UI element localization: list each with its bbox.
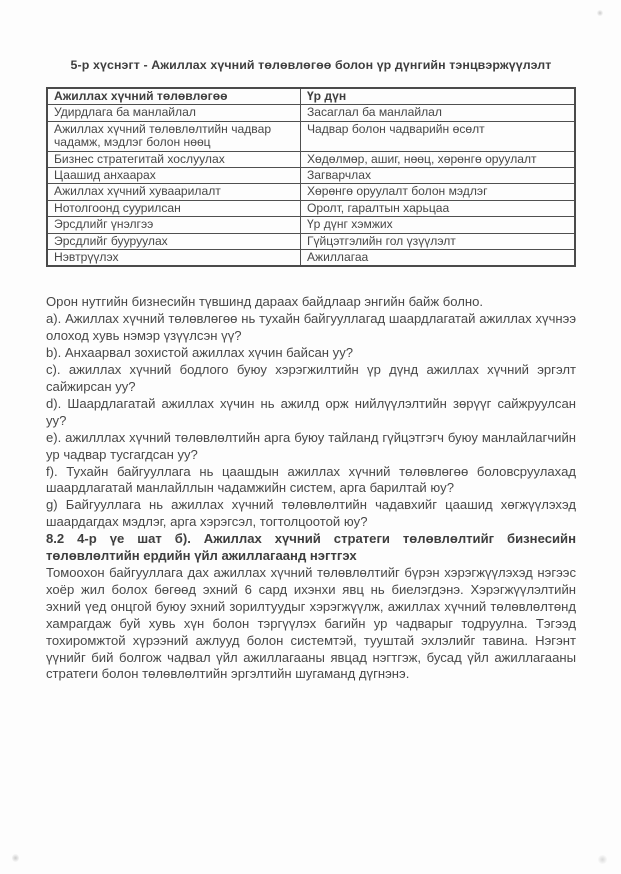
table-cell-plan: Ажиллах хүчний төлөвлөлтийн чадвар чадам… [47, 121, 300, 151]
table-row: Цаашид анхаарах Загварчлах [47, 168, 575, 184]
table-cell-result: Үр дүнг хэмжих [300, 217, 575, 233]
question-item: a). Ажиллах хүчний төлөвлөгөө нь тухайн … [46, 311, 576, 345]
section-heading: 8.2 4-р үе шат б). Ажиллах хүчний страте… [46, 531, 576, 565]
table-cell-result: Загварчлах [300, 168, 575, 184]
workforce-results-table: Ажиллах хүчний төлөвлөгөө Үр дүн Удирдла… [46, 87, 576, 267]
document-title: 5-р хүснэгт - Ажиллах хүчний төлөвлөгөө … [46, 58, 576, 73]
table-cell-result: Хөрөнгө оруулалт болон мэдлэг [300, 184, 575, 200]
table-row: Эрсдлийг бууруулах Гүйцэтгэлийн гол үзүү… [47, 233, 575, 249]
table-cell-plan: Эрсдлийг үнэлгээ [47, 217, 300, 233]
table-cell-result: Ажиллагаа [300, 250, 575, 267]
intro-line: Орон нутгийн бизнесийн түвшинд дараах ба… [46, 294, 576, 311]
table-cell-plan: Ажиллах хүчний хуваарилалт [47, 184, 300, 200]
table-cell-plan: Удирдлага ба манлайлал [47, 105, 300, 121]
table-row: Нотолгоонд суурилсан Оролт, гаралтын хар… [47, 200, 575, 216]
table-header-row: Ажиллах хүчний төлөвлөгөө Үр дүн [47, 88, 575, 105]
question-item: e). ажилллах хүчний төлөвлөлтийн арга бу… [46, 430, 576, 464]
question-item: f). Тухайн байгууллага нь цаашдын ажилла… [46, 464, 576, 498]
section-paragraph: Томоохон байгууллага дах ажиллах хүчний … [46, 565, 576, 683]
table-body: Удирдлага ба манлайлал Засаглал ба манла… [47, 105, 575, 267]
table-cell-plan: Эрсдлийг бууруулах [47, 233, 300, 249]
table-cell-plan: Нотолгоонд суурилсан [47, 200, 300, 216]
document-content: 5-р хүснэгт - Ажиллах хүчний төлөвлөгөө … [46, 58, 576, 683]
scan-artifact [598, 855, 607, 864]
table-cell-result: Хөдөлмөр, ашиг, нөөц, хөрөнгө оруулалт [300, 151, 575, 167]
body-text: Орон нутгийн бизнесийн түвшинд дараах ба… [46, 294, 576, 683]
table-row: Удирдлага ба манлайлал Засаглал ба манла… [47, 105, 575, 121]
table-row: Ажиллах хүчний төлөвлөлтийн чадвар чадам… [47, 121, 575, 151]
table-cell-plan: Бизнес стратегитай хослуулах [47, 151, 300, 167]
question-list: a). Ажиллах хүчний төлөвлөгөө нь тухайн … [46, 311, 576, 531]
table-row: Ажиллах хүчний хуваарилалт Хөрөнгө оруул… [47, 184, 575, 200]
table-cell-result: Оролт, гаралтын харьцаа [300, 200, 575, 216]
table-cell-result: Чадвар болон чадварийн өсөлт [300, 121, 575, 151]
scan-artifact [12, 854, 19, 862]
question-item: g) Байгууллага нь ажиллах хүчний төлөвлө… [46, 497, 576, 531]
document-page: 5-р хүснэгт - Ажиллах хүчний төлөвлөгөө … [0, 0, 621, 874]
table-header-cell-plan: Ажиллах хүчний төлөвлөгөө [47, 88, 300, 105]
question-item: b). Анхаарвал зохистой ажиллах хүчин бай… [46, 345, 576, 362]
table-cell-result: Засаглал ба манлайлал [300, 105, 575, 121]
table-cell-plan: Нэвтрүүлэх [47, 250, 300, 267]
table-row: Нэвтрүүлэх Ажиллагаа [47, 250, 575, 267]
table-cell-result: Гүйцэтгэлийн гол үзүүлэлт [300, 233, 575, 249]
table-row: Эрсдлийг үнэлгээ Үр дүнг хэмжих [47, 217, 575, 233]
table-cell-plan: Цаашид анхаарах [47, 168, 300, 184]
question-item: c). ажиллах хүчний бодлого буюу хэрэгжил… [46, 362, 576, 396]
table-row: Бизнес стратегитай хослуулах Хөдөлмөр, а… [47, 151, 575, 167]
question-item: d). Шаардлагатай ажиллах хүчин нь ажилд … [46, 396, 576, 430]
table-header-cell-result: Үр дүн [300, 88, 575, 105]
scan-artifact [597, 10, 603, 16]
